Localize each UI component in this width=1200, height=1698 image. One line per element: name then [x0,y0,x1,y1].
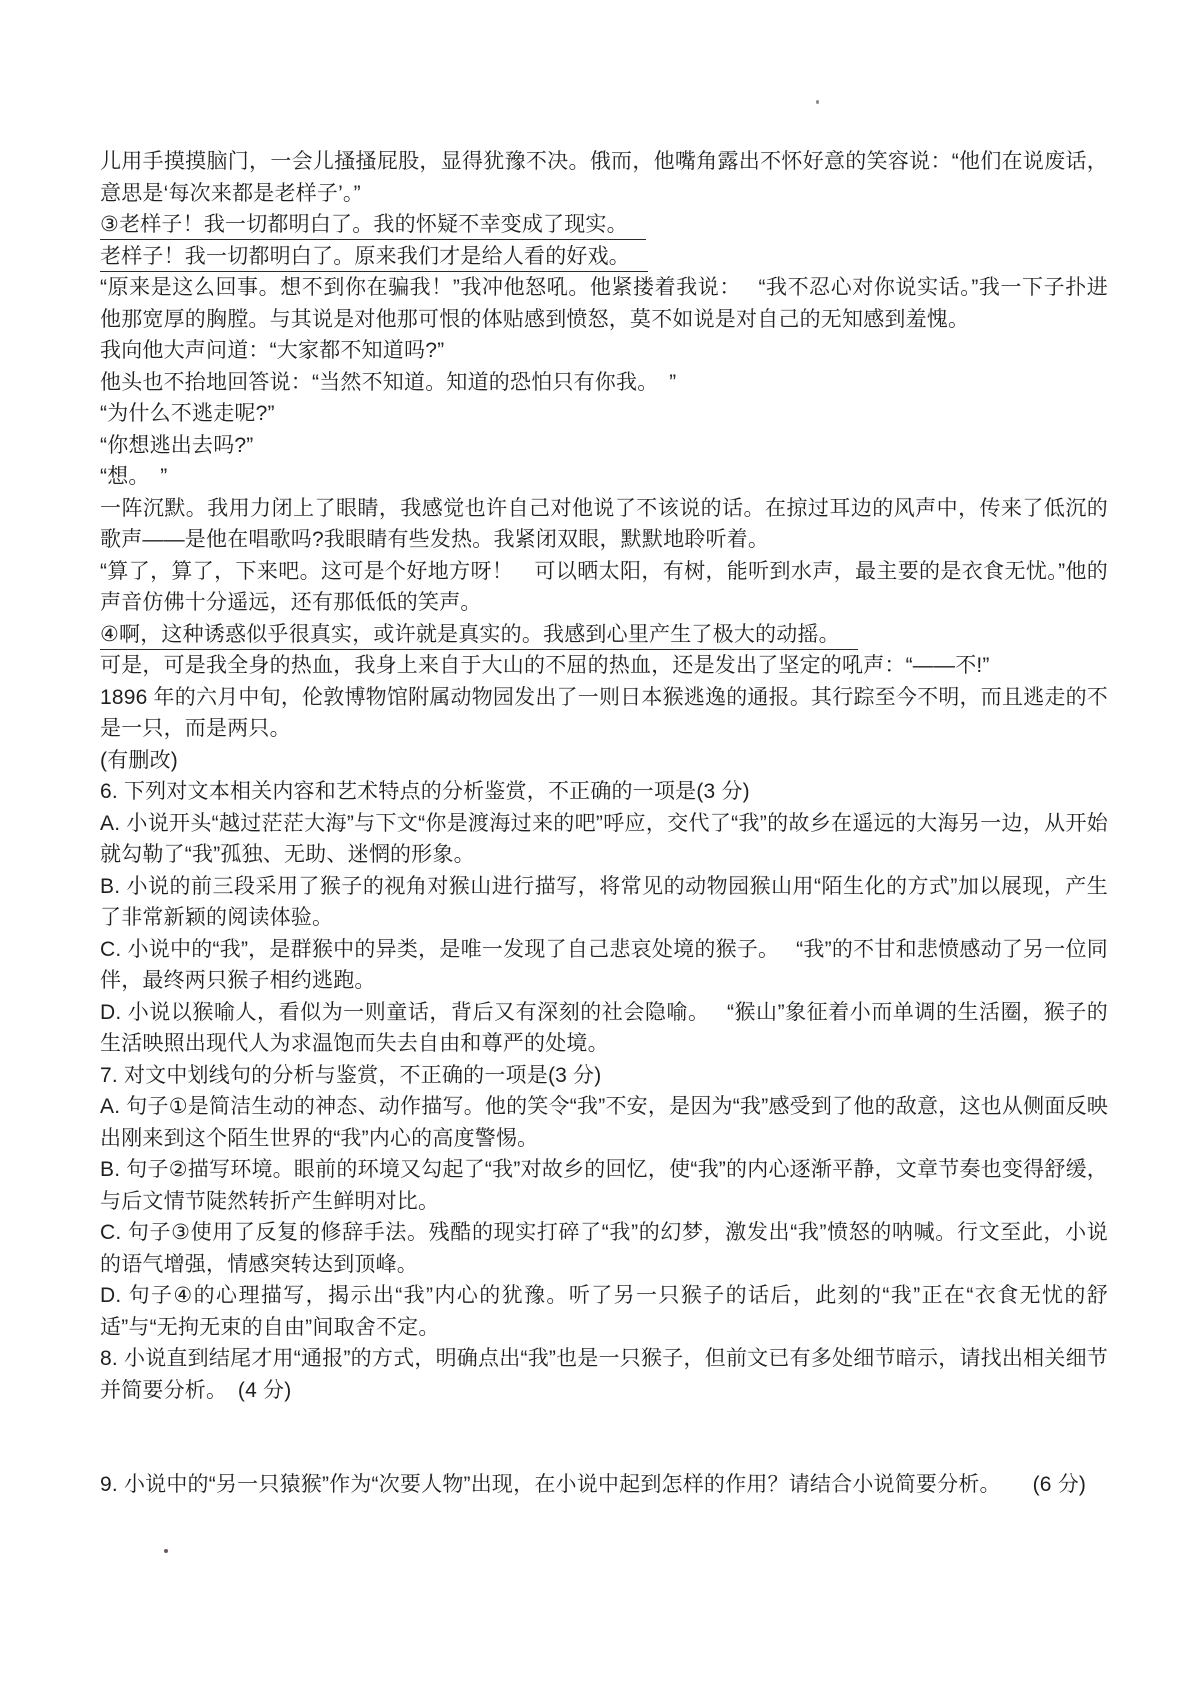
passage-dialogue: “你想逃出去吗?” [100,430,1108,462]
passage-paragraph: 一阵沉默。我用力闭上了眼睛，我感觉也许自己对他说了不该说的话。在掠过耳边的风声中… [100,493,1108,556]
question-9-stem: 9. 小说中的“另一只猿猴”作为“次要人物”出现，在小说中起到怎样的作用？请结合… [100,1469,1108,1501]
passage-dialogue: “想。 ” [100,461,1108,493]
source-note: (有删改) [100,745,1108,777]
question-7-option-a: A. 句子①是简洁生动的神态、动作描写。他的笑令“我”不安，是因为“我”感受到了… [100,1091,1108,1154]
underlined-sentence-3-text: ③老样子！我一切都明白了。我的怀疑不幸变成了现实。 [100,213,646,240]
underlined-sentence-3-repeat-text: 老样子！我一切都明白了。原来我们才是给人看的好戏。 [100,245,648,272]
question-8-stem: 8. 小说直到结尾才用“通报”的方式，明确点出“我”也是一只猴子，但前文已有多处… [100,1343,1108,1406]
question-7-stem: 7. 对文中划线句的分析与鉴赏，不正确的一项是(3 分) [100,1060,1108,1092]
underlined-sentence-3: ③老样子！我一切都明白了。我的怀疑不幸变成了现实。 [100,209,1108,241]
underlined-sentence-3-repeat: 老样子！我一切都明白了。原来我们才是给人看的好戏。 [100,241,1108,273]
passage-dialogue: 他头也不抬地回答说：“当然不知道。知道的恐怕只有你我。 ” [100,367,1108,399]
passage-dialogue: “为什么不逃走呢?” [100,398,1108,430]
question-6-stem: 6. 下列对文本相关内容和艺术特点的分析鉴赏，不正确的一项是(3 分) [100,776,1108,808]
question-7-option-d: D. 句子④的心理描写，揭示出“我”内心的犹豫。听了另一只猴子的话后，此刻的“我… [100,1280,1108,1343]
stray-scan-mark-bottom [164,1549,168,1553]
question-7-option-b: B. 句子②描写环境。眼前的环境又勾起了“我”对故乡的回忆，使“我”的内心逐渐平… [100,1154,1108,1217]
passage-paragraph: 可是，可是我全身的热血，我身上来自于大山的不屈的热血，还是发出了坚定的吼声：“—… [100,650,1108,682]
question-6-option-a: A. 小说开头“越过茫茫大海”与下文“你是渡海过来的吧”呼应，交代了“我”的故乡… [100,808,1108,871]
question-7-option-c: C. 句子③使用了反复的修辞手法。残酷的现实打碎了“我”的幻梦，激发出“我”愤怒… [100,1217,1108,1280]
underlined-sentence-4-text: ④啊，这种诱惑似乎很真实，或许就是真实的。我感到心里产生了极大的动摇。 [100,623,858,650]
question-6-option-d: D. 小说以猴喻人，看似为一则童话，背后又有深刻的社会隐喻。 “猴山”象征着小而… [100,997,1108,1060]
passage-paragraph: “原来是这么回事。想不到你在骗我！”我冲他怒吼。他紧搂着我说： “我不忍心对你说… [100,272,1108,335]
question-6-option-b: B. 小说的前三段采用了猴子的视角对猴山进行描写，将常见的动物园猴山用“陌生化的… [100,871,1108,934]
passage-dialogue: 我向他大声问道：“大家都不知道吗?” [100,335,1108,367]
stray-scan-mark-top [816,100,819,104]
passage-paragraph: “算了，算了，下来吧。这可是个好地方呀！ 可以晒太阳，有树，能听到水声，最主要的… [100,556,1108,619]
question-6-option-c: C. 小说中的“我”，是群猴中的异类，是唯一发现了自己悲哀处境的猴子。 “我”的… [100,934,1108,997]
document-page: 儿用手摸摸脑门，一会儿搔搔屁股，显得犹豫不决。俄而，他嘴角露出不怀好意的笑容说：… [100,146,1108,1501]
passage-paragraph: 儿用手摸摸脑门，一会儿搔搔屁股，显得犹豫不决。俄而，他嘴角露出不怀好意的笑容说：… [100,146,1108,209]
passage-paragraph: 1896 年的六月中旬，伦敦博物馆附属动物园发出了一则日本猴逃逸的通报。其行踪至… [100,682,1108,745]
underlined-sentence-4: ④啊，这种诱惑似乎很真实，或许就是真实的。我感到心里产生了极大的动摇。 [100,619,1108,651]
